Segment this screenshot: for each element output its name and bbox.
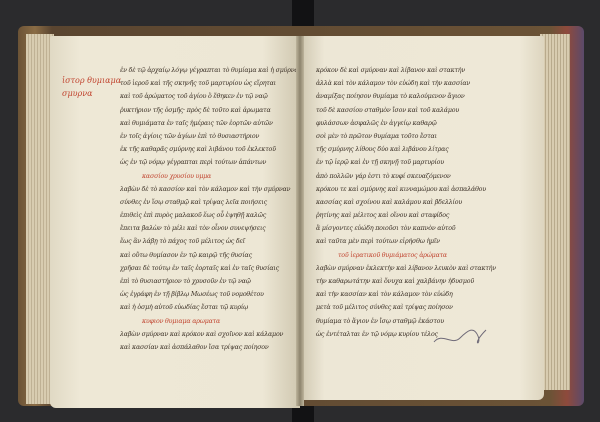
left-text-block: ἐν δὲ τῷ ἀρχαίῳ λόγῳ γέγραπται τὸ θυμίαμ… [120,64,296,354]
text-line: μετὰ τοῦ μέλιτος σύνθες καὶ τρίψας ποίησ… [316,301,512,314]
text-line: ἔπειτα βαλὼν τὸ μέλι καὶ τὸν οἶνον συνεψ… [120,222,296,235]
text-line: λαβὼν δὲ τὸ κασσίον καὶ τὸν κάλαμον καὶ … [120,183,296,196]
text-line: καὶ κασσίαν καὶ ἀσπάλαθον ἴσα τρίψας ποί… [120,341,296,354]
text-line: ἐπὶ τὸ θυσιαστήριον τὸ χρυσοῦν ἐν τῷ ναῷ [120,275,296,288]
text-line: ἀναμίξας ποίησον θυμίαμα τὸ καλούμενον ἅ… [316,90,512,103]
rubric-heading: κυφιον θυμιαμα αρωματα [120,315,296,328]
text-line: φυλάσσων ἀσφαλῶς ἐν ἀγγείῳ καθαρῷ [316,117,512,130]
text-line: τοῦ δὲ κασσίου σταθμὸν ἴσον καὶ τοῦ καλά… [316,104,512,117]
text-line: τῆς σμύρνης λίθους δύο καὶ λιβάνου λίτρα… [316,143,512,156]
rubric-heading: τοῦ ἱερατικοῦ θυμιάματος ἀρώματα [316,249,512,262]
text-line: καὶ ἡ ὀσμὴ αὐτοῦ εὐωδίας ἔσται τῷ κυρίῳ [120,301,296,314]
page-edges-right [540,34,570,390]
text-line: ἕως ἂν λάβῃ τὸ πάχος τοῦ μέλιτος ὡς δεῖ [120,235,296,248]
text-line: ῥητίνης καὶ μέλιτος καὶ οἴνου καὶ σταφίδ… [316,209,512,222]
text-line: καὶ τοῦ ἀρώματος τοῦ ἁγίου ὃ ἔθηκεν ἐν τ… [120,90,296,103]
text-line: ῥυκτήριον τῆς ὀσμῆς· πρὸς δὲ τοῦτο καὶ ἀ… [120,104,296,117]
text-line: σύνθες ἐν ἴσῳ σταθμῷ καὶ τρίψας λεῖα ποι… [120,196,296,209]
margin-rubric: ἱστορ θυμιαμα σμυρνα [62,74,121,100]
rubric-heading: κασσίου χρυσίου υμμα [120,170,296,183]
text-line: ἐν τοῖς ἁγίοις τῶν ἁγίων ἐπὶ τὸ θυσιαστή… [120,130,296,143]
book-gutter [296,36,304,406]
margin-note-line: ἱστορ θυμιαμα [62,74,121,87]
text-line: κρόκου τε καὶ σμύρνης καὶ κινναμώμου καὶ… [316,183,512,196]
text-line: καὶ οὕτω θυμίασον ἐν τῷ καιρῷ τῆς θυσίας [120,249,296,262]
margin-note-line: σμυρνα [62,87,121,100]
text-line: ἃ μίσγοντες εὐώδη ποιοῦσι τὸν καπνὸν αὐτ… [316,222,512,235]
text-line: ὡς ἐν τῷ νόμῳ γέγραπται περὶ τούτων ἁπάν… [120,156,296,169]
text-line: καὶ θυμιάματα ἐν ταῖς ἡμέραις τῶν ἑορτῶν… [120,117,296,130]
text-line: λαβὼν σμύρναν καὶ κρόκον καὶ σχοῖνον καὶ… [120,328,296,341]
text-line: ἐκ τῆς καθαρᾶς σμύρνης καὶ λιβάνου τοῦ ἐ… [120,143,296,156]
text-line: ἐν τῷ ἱερῷ καὶ ἐν τῇ σκηνῇ τοῦ μαρτυρίου [316,156,512,169]
text-line: χρῆσαι δὲ τούτῳ ἐν ταῖς ἑορταῖς καὶ ἐν τ… [120,262,296,275]
text-line: καὶ τὴν κασσίαν καὶ τὸν κάλαμον τὸν εὐώδ… [316,288,512,301]
text-line: τοῦ ἱεροῦ καὶ τῆς σκηνῆς τοῦ μαρτυρίου ὡ… [120,77,296,90]
text-line: σοὶ μὲν τὸ πρῶτον θυμίαμα τοῦτο ἔσται [316,130,512,143]
text-line: ἐπιθεὶς ἐπὶ πυρὸς μαλακοῦ ἕως οὗ ἑψηθῇ κ… [120,209,296,222]
text-line: τὴν καθαρωτάτην καὶ ὄνυχα καὶ χαλβάνην ἡ… [316,275,512,288]
text-line: καὶ ταῦτα μὲν περὶ τούτων εἰρήσθω ἡμῖν [316,235,512,248]
pen-flourish [430,318,490,348]
text-line: ἐν δὲ τῷ ἀρχαίῳ λόγῳ γέγραπται τὸ θυμίαμ… [120,64,296,77]
right-text-block: κρόκον δὲ καὶ σμύρναν καὶ λίβανον καὶ στ… [316,64,512,341]
text-line: ὡς ἐγράφη ἐν τῇ βίβλῳ Μωσέως τοῦ νομοθέτ… [120,288,296,301]
text-line: ἀπὸ πολλῶν γάρ ἐστι τὸ κυφί σκευαζόμενον [316,170,512,183]
text-line: κρόκον δὲ καὶ σμύρναν καὶ λίβανον καὶ στ… [316,64,512,77]
text-line: ἀλλὰ καὶ τὸν κάλαμον τὸν εὐώδη καὶ τὴν κ… [316,77,512,90]
text-line: λαβὼν σμύρναν ἐκλεκτὴν καὶ λίβανον λευκὸ… [316,262,512,275]
text-line: κασσίας καὶ σχοίνου καὶ καλάμου καὶ βδελ… [316,196,512,209]
